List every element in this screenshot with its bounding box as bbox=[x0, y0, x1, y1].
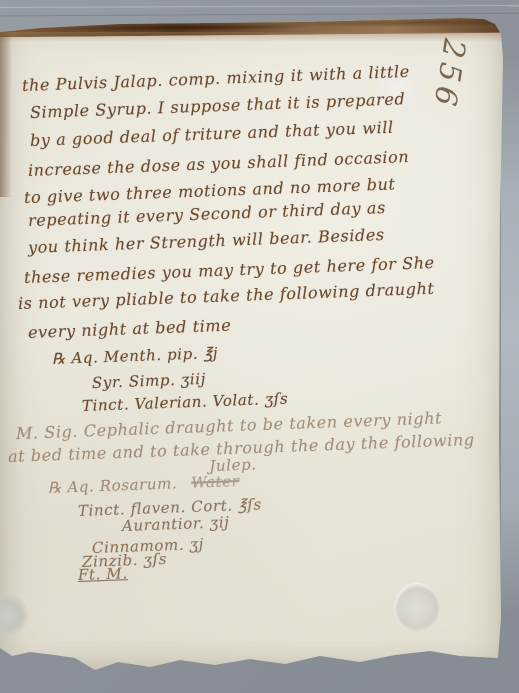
handwriting-line: every night at bed time bbox=[28, 316, 232, 342]
page-left-edge-shadow bbox=[0, 32, 12, 197]
embossed-seal-left bbox=[0, 593, 28, 637]
manuscript-photo: 256 the Pulvis Jalap. comp. mixing it wi… bbox=[0, 0, 519, 693]
handwriting-line: the Pulvis Jalap. comp. mixing it with a… bbox=[22, 62, 410, 95]
inserted-word: Julep. bbox=[209, 455, 257, 475]
manuscript-page: 256 the Pulvis Jalap. comp. mixing it wi… bbox=[0, 18, 504, 678]
page-top-edge-shadow bbox=[0, 32, 503, 42]
prescription-line: Ft. M. bbox=[78, 564, 128, 584]
folio-number: 256 bbox=[426, 36, 472, 111]
embossed-seal-right bbox=[394, 583, 440, 633]
prescription-line: Aurantior. ʒij bbox=[122, 513, 230, 535]
julep-header-text: ℞ Aq. Rosarum. bbox=[48, 474, 178, 497]
prescription-line: Tinct. Valerian. Volat. ʒſs bbox=[82, 389, 289, 415]
struck-word: Water bbox=[191, 472, 240, 492]
handwriting-line: you think her Strength will bear. Beside… bbox=[28, 225, 385, 257]
scanner-scratch-line bbox=[0, 13, 519, 17]
handwriting-line: Simple Syrup. I suppose that it is prepa… bbox=[30, 89, 406, 122]
background-sheet-edge bbox=[501, 55, 519, 615]
scanner-scratch-line bbox=[0, 5, 519, 8]
prescription-header-line: ℞ Aq. Rosarum.WaterJulep. bbox=[48, 472, 240, 497]
handwriting-line: by a good deal of triture and that you w… bbox=[30, 118, 394, 150]
prescription-line: ℞ Aq. Menth. pip. ℥j bbox=[52, 344, 219, 368]
prescription-line: Syr. Simp. ʒiij bbox=[92, 370, 207, 392]
